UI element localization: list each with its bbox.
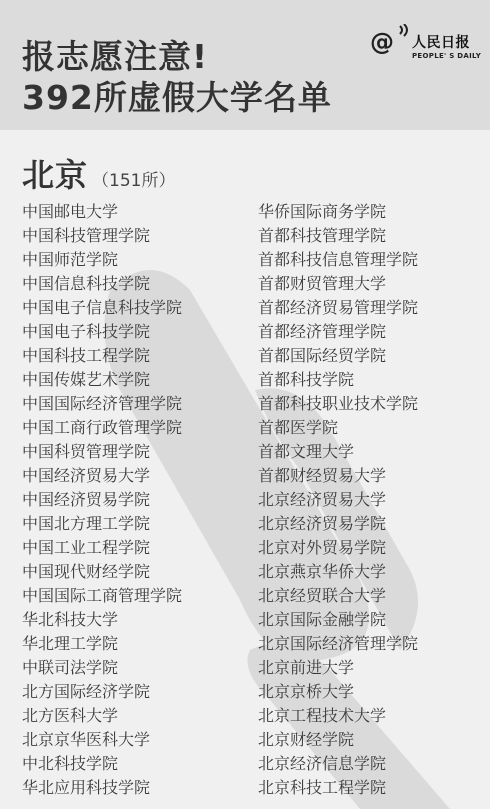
title-line-1: 报志愿注意! <box>22 36 332 77</box>
list-item: 首都科技职业技术学院 <box>258 392 418 416</box>
list-item: 中北科技学院 <box>22 752 182 776</box>
logo-name-cn: 人民日报 <box>412 32 470 52</box>
list-item: 中国科技管理学院 <box>22 224 182 248</box>
list-item: 中国工业工程学院 <box>22 536 182 560</box>
list-item: 首都财经贸易大学 <box>258 464 418 488</box>
list-item: 北京经贸联合大学 <box>258 584 418 608</box>
logo-name-en: PEOPLE' S DAILY <box>412 52 481 60</box>
header-banner: 报志愿注意! 392所虚假大学名单 @ 人民日报 PEOPLE' S DAILY <box>0 0 490 130</box>
list-item: 首都文理大学 <box>258 440 418 464</box>
list-item: 首都财贸管理大学 <box>258 272 418 296</box>
list-item: 中国国际工商管理学院 <box>22 584 182 608</box>
list-item: 中国邮电大学 <box>22 200 182 224</box>
region-name: 北京 <box>22 150 88 196</box>
page-title: 报志愿注意! 392所虚假大学名单 <box>22 36 332 118</box>
list-item: 中国现代财经学院 <box>22 560 182 584</box>
list-item: 北京京桥大学 <box>258 680 418 704</box>
list-item: 北京经济贸易大学 <box>258 488 418 512</box>
list-item: 中国传媒艺术学院 <box>22 368 182 392</box>
peoples-daily-logo: @ 人民日报 PEOPLE' S DAILY <box>370 24 480 64</box>
list-item: 北京前进大学 <box>258 656 418 680</box>
list-item: 中国国际经济管理学院 <box>22 392 182 416</box>
list-item: 中国科贸管理学院 <box>22 440 182 464</box>
list-item: 华北应用科技学院 <box>22 776 182 800</box>
list-item: 北京国际经济管理学院 <box>258 632 418 656</box>
list-item: 中国经济贸易学院 <box>22 488 182 512</box>
list-item: 北京国际金融学院 <box>258 608 418 632</box>
region-heading: 北京 （151所） <box>22 150 175 196</box>
list-item: 中联司法学院 <box>22 656 182 680</box>
list-item: 中国信息科技学院 <box>22 272 182 296</box>
list-item: 北方国际经济学院 <box>22 680 182 704</box>
list-item: 北京对外贸易学院 <box>258 536 418 560</box>
list-item: 首都科技管理学院 <box>258 224 418 248</box>
list-item: 中国电子科技学院 <box>22 320 182 344</box>
list-item: 北京京华医科大学 <box>22 728 182 752</box>
list-item: 中国工商行政管理学院 <box>22 416 182 440</box>
list-item: 北方医科大学 <box>22 704 182 728</box>
list-item: 首都医学院 <box>258 416 418 440</box>
broadcast-waves-icon <box>398 24 412 38</box>
list-item: 首都经济贸易管理学院 <box>258 296 418 320</box>
list-item: 北京科技工程学院 <box>258 776 418 800</box>
at-sign-icon: @ <box>370 28 394 56</box>
list-item: 北京财经学院 <box>258 728 418 752</box>
region-count: （151所） <box>92 166 175 191</box>
list-item: 华北理工学院 <box>22 632 182 656</box>
list-item: 中国经济贸易大学 <box>22 464 182 488</box>
list-item: 中国电子信息科技学院 <box>22 296 182 320</box>
university-list-left: 中国邮电大学 中国科技管理学院 中国师范学院 中国信息科技学院 中国电子信息科技… <box>22 200 182 800</box>
list-item: 北京经济贸易学院 <box>258 512 418 536</box>
list-item: 中国师范学院 <box>22 248 182 272</box>
university-list-right: 华侨国际商务学院 首都科技管理学院 首都科技信息管理学院 首都财贸管理大学 首都… <box>258 200 418 800</box>
list-item: 首都经济管理学院 <box>258 320 418 344</box>
list-item: 首都国际经贸学院 <box>258 344 418 368</box>
list-item: 北京燕京华侨大学 <box>258 560 418 584</box>
title-line-2: 392所虚假大学名单 <box>22 77 332 118</box>
content-area: 北京 （151所） 中国邮电大学 中国科技管理学院 中国师范学院 中国信息科技学… <box>0 130 490 809</box>
list-item: 北京工程技术大学 <box>258 704 418 728</box>
list-item: 北京经济信息学院 <box>258 752 418 776</box>
list-item: 首都科技学院 <box>258 368 418 392</box>
list-item: 中国科技工程学院 <box>22 344 182 368</box>
list-item: 首都科技信息管理学院 <box>258 248 418 272</box>
list-item: 华北科技大学 <box>22 608 182 632</box>
list-item: 华侨国际商务学院 <box>258 200 418 224</box>
list-item: 中国北方理工学院 <box>22 512 182 536</box>
